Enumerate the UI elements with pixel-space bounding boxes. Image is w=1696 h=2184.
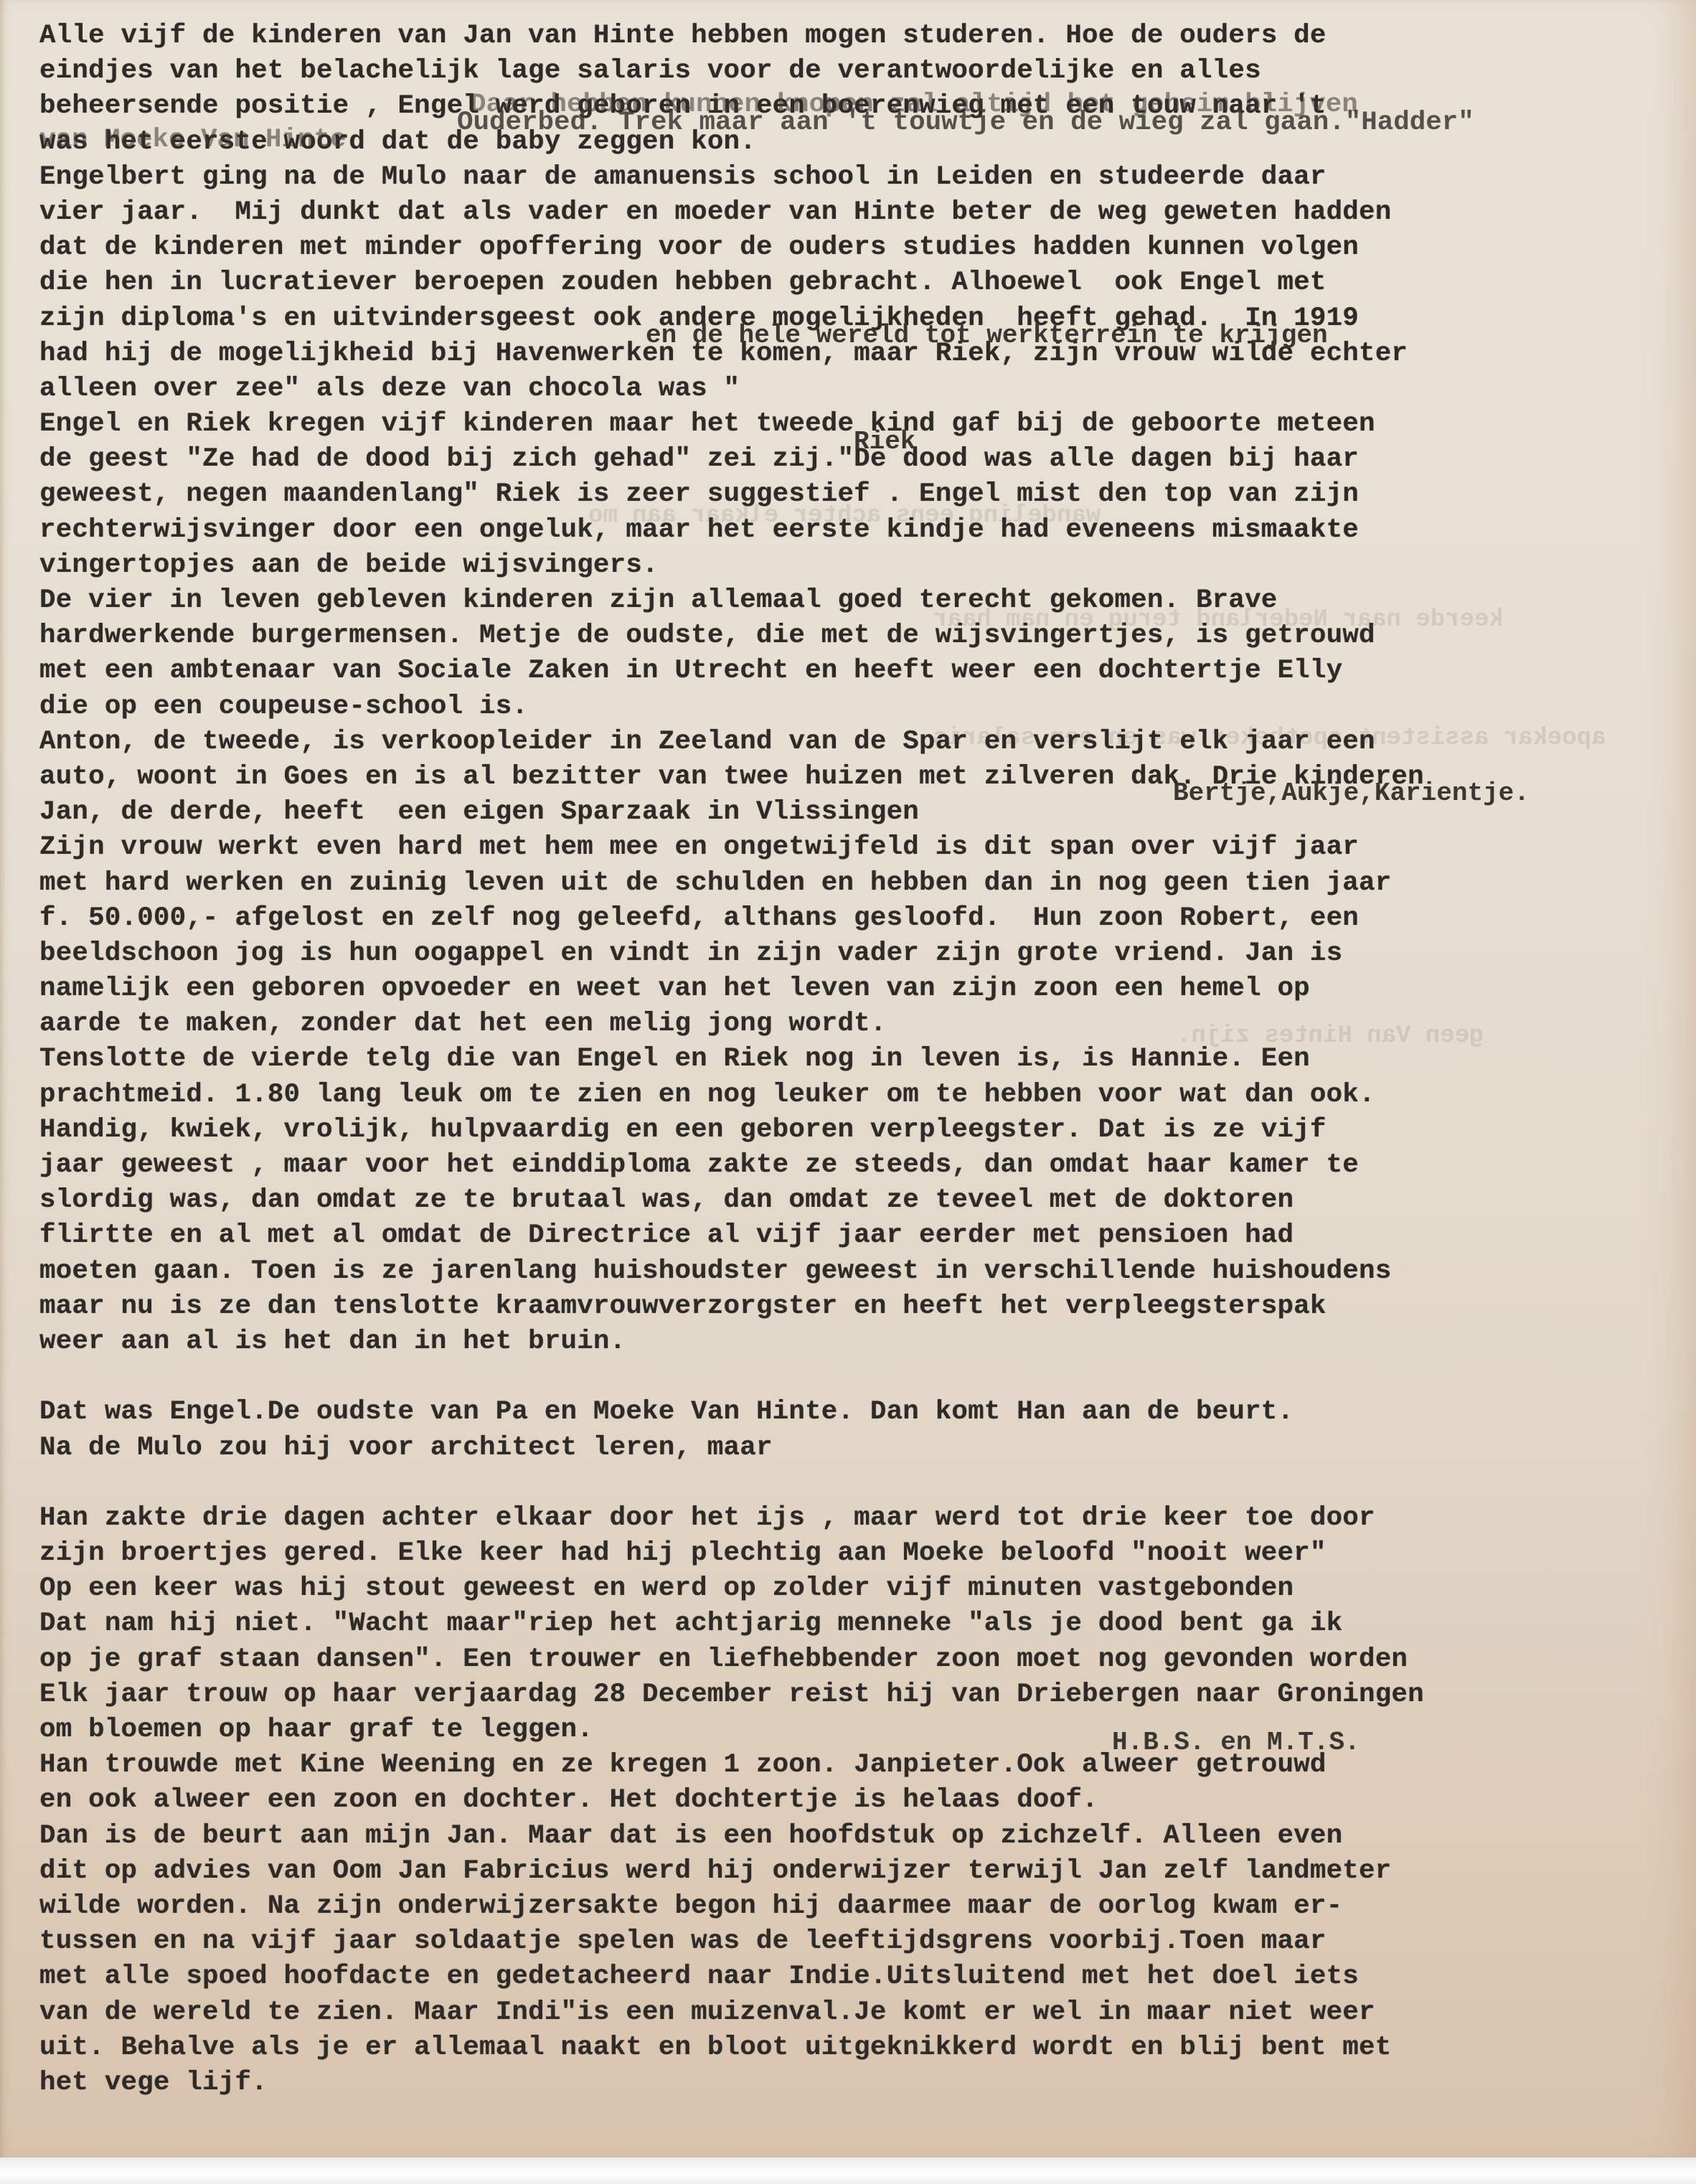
- text-line: en ook alweer een zoon en dochter. Het d…: [39, 1783, 1424, 1818]
- text-line: flirtte en al met al omdat de Directrice…: [39, 1218, 1424, 1253]
- text-line: Zijn vrouw werkt even hard met hem mee e…: [39, 830, 1424, 865]
- text-line: uit. Behalve als je er allemaal naakt en…: [39, 2030, 1424, 2066]
- text-line: f. 50.000,- afgelost en zelf nog geleefd…: [39, 901, 1424, 936]
- text-line: Dan is de beurt aan mijn Jan. Maar dat i…: [39, 1819, 1424, 1854]
- text-line: zijn broertjes gered. Elke keer had hij …: [39, 1536, 1424, 1571]
- overtyped-text: van Moeke Van Hinte: [39, 125, 347, 155]
- text-line: tussen en na vijf jaar soldaatje spelen …: [39, 1924, 1424, 1959]
- text-line: jaar geweest , maar voor het einddiploma…: [39, 1148, 1424, 1183]
- text-line: Na de Mulo zou hij voor architect leren,…: [39, 1431, 1424, 1466]
- text-line: Anton, de tweede, is verkoopleider in Ze…: [39, 725, 1424, 760]
- text-line: van de wereld te zien. Maar Indi"is een …: [39, 1995, 1424, 2030]
- text-line: weer aan al is het dan in het bruin.: [39, 1324, 1424, 1360]
- text-line: moeten gaan. Toen is ze jarenlang huisho…: [39, 1254, 1424, 1289]
- text-line: slordig was, dan omdat ze te brutaal was…: [39, 1183, 1424, 1218]
- text-line: Han zakte drie dagen achter elkaar door …: [39, 1501, 1424, 1536]
- text-line: beeldschoon jog is hun oogappel en vindt…: [39, 936, 1424, 971]
- text-line: rechterwijsvinger door een ongeluk, maar…: [39, 513, 1424, 548]
- text-line: Dat nam hij niet. "Wacht maar"riep het a…: [39, 1606, 1424, 1642]
- text-line: met alle spoed hoofdacte en gedetacheerd…: [39, 1959, 1424, 1995]
- text-line: met een ambtenaar van Sociale Zaken in U…: [39, 654, 1424, 689]
- text-line: Handig, kwiek, vrolijk, hulpvaardig en e…: [39, 1113, 1424, 1148]
- text-line: Engel en Riek kregen vijf kinderen maar …: [39, 407, 1424, 442]
- text-line: namelijk een geboren opvoeder en weet va…: [39, 971, 1424, 1007]
- text-line: Tenslotte de vierde telg die van Engel e…: [39, 1042, 1424, 1077]
- text-line: Engelbert ging na de Mulo naar de amanue…: [39, 160, 1424, 195]
- text-line: Dat was Engel.De oudste van Pa en Moeke …: [39, 1395, 1424, 1430]
- text-line: dit op advies van Oom Jan Fabricius werd…: [39, 1854, 1424, 1889]
- text-line: de geest "Ze had de dood bij zich gehad"…: [39, 442, 1424, 477]
- interlinear-insertion: en de hele wereld tot werkterrein te kri…: [646, 321, 1328, 350]
- typewritten-page: wandeling eens achter elkaar aan mo keer…: [0, 0, 1696, 2157]
- text-line: Alle vijf de kinderen van Jan van Hinte …: [39, 19, 1424, 54]
- scan-margin: [0, 2157, 1696, 2184]
- text-line: vier jaar. Mij dunkt dat als vader en mo…: [39, 195, 1424, 230]
- interlinear-insertion: H.B.S. en M.T.S.: [1112, 1728, 1360, 1757]
- text-line: maar nu is ze dan tenslotte kraamvrouwve…: [39, 1289, 1424, 1324]
- interlinear-insertion: Bertje,Aukje,Karientje.: [1173, 778, 1530, 808]
- text-line: vingertopjes aan de beide wijsvingers.: [39, 548, 1424, 583]
- text-line: hardwerkende burgermensen. Metje de ouds…: [39, 618, 1424, 654]
- text-line: De vier in leven gebleven kinderen zijn …: [39, 583, 1424, 618]
- text-line: op je graf staan dansen". Een trouwer en…: [39, 1642, 1424, 1677]
- text-line: geweest, negen maandenlang" Riek is zeer…: [39, 477, 1424, 512]
- text-line: [39, 1360, 1424, 1395]
- text-line: die hen in lucratiever beroepen zouden h…: [39, 265, 1424, 301]
- text-line: aarde te maken, zonder dat het een melig…: [39, 1007, 1424, 1042]
- text-line: prachtmeid. 1.80 lang leuk om te zien en…: [39, 1078, 1424, 1113]
- text-line: dat de kinderen met minder opoffering vo…: [39, 230, 1424, 265]
- text-line: Elk jaar trouw op haar verjaardag 28 Dec…: [39, 1677, 1424, 1713]
- text-line: het vege lijf.: [39, 2066, 1424, 2101]
- text-line: alleen over zee" als deze van chocola wa…: [39, 372, 1424, 407]
- text-line: Op een keer was hij stout geweest en wer…: [39, 1571, 1424, 1606]
- text-line: [39, 1466, 1424, 1501]
- text-line: wilde worden. Na zijn onderwijzersakte b…: [39, 1889, 1424, 1924]
- text-line: eindjes van het belachelijk lage salaris…: [39, 54, 1424, 89]
- interlinear-insertion: Riek: [854, 427, 915, 456]
- overtyped-text: Ouderbed. Trek maar aan 't touwtje en de…: [457, 108, 1474, 138]
- text-line: met hard werken en zuinig leven uit de s…: [39, 866, 1424, 901]
- text-line: die op een coupeuse-school is.: [39, 689, 1424, 725]
